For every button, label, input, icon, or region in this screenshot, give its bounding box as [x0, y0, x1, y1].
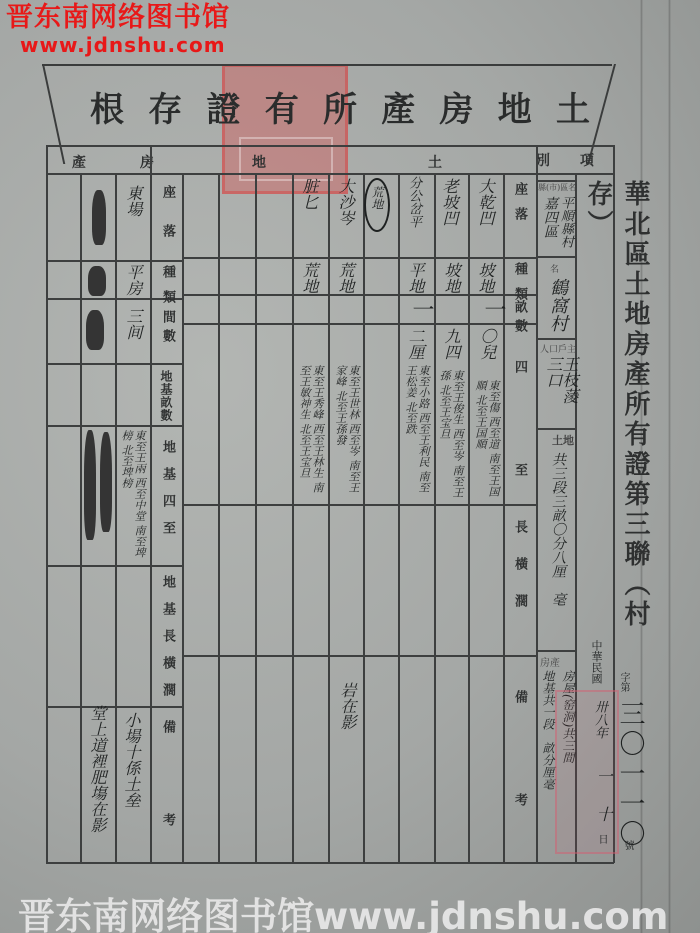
plot-5-boundaries: 東至王世林 西至岑 南至王家峰 北至王孫發: [334, 365, 360, 500]
plot-1-type: 坡地: [474, 262, 497, 294]
label-land-location: 座落: [510, 182, 529, 232]
ink-redaction: [100, 432, 112, 532]
col-line: [255, 173, 257, 863]
plot-2-location: 老坡凹: [438, 178, 461, 226]
header-land-2: 土: [428, 152, 442, 172]
plot-5-location: 大沙岑: [334, 178, 357, 226]
label-county: 縣(市)區名: [538, 182, 576, 193]
watermark-url: www.jdnshu.com: [6, 34, 230, 56]
house-1-location: 東場: [122, 185, 145, 217]
land-remark: 岩在影: [336, 682, 359, 730]
ink-redaction: [84, 430, 96, 540]
label-house-location: 座落: [158, 185, 177, 263]
label-persons: 人口: [540, 342, 558, 355]
header-item-2: 項: [580, 150, 594, 170]
label-land-remarks: 備考: [510, 690, 529, 896]
label-house-remarks: 備考: [158, 720, 177, 906]
title-char: 有: [265, 82, 299, 131]
header-divider: [46, 173, 614, 175]
header-house-2: 房: [140, 152, 154, 172]
date-suffix: 日: [594, 834, 609, 844]
table-top-border: [46, 145, 614, 147]
label-land: 土地: [552, 432, 574, 448]
row-line: [46, 425, 182, 427]
title-char: 證: [207, 82, 241, 131]
house-1-type: 平房: [122, 264, 145, 296]
serial-prefix: 字第: [616, 672, 631, 692]
plot-3-area: 一: [406, 298, 437, 320]
title-char: 地: [498, 82, 532, 131]
title-char: 所: [323, 82, 357, 131]
col-line: [398, 173, 400, 863]
label-base-boundaries: 地基四至: [158, 440, 177, 548]
label-house-rooms: 間數: [158, 310, 177, 348]
plot-5-type: 荒地: [334, 262, 357, 294]
title-char: 根: [90, 82, 124, 131]
plot-6-location: 脏匕: [298, 178, 321, 210]
label-house-base: 房產: [540, 654, 560, 669]
title-char: 產: [381, 82, 415, 131]
col-line: [503, 173, 505, 863]
plot-1-area: 一: [478, 298, 509, 320]
label-village: 名: [550, 262, 559, 275]
row-line: [182, 655, 536, 657]
plot-3-fen: 二厘: [404, 328, 427, 360]
col-line: [80, 173, 82, 863]
plot-1-location: 大乾凹: [474, 178, 497, 226]
ink-redaction: [92, 190, 106, 245]
house-1-remark: 小場十係土垒: [120, 712, 143, 808]
ink-redaction: [88, 266, 106, 296]
plot-6-type: 荒地: [298, 262, 321, 294]
col-line: [182, 173, 184, 863]
label-land-dimensions: 長橫濶: [510, 520, 529, 631]
col-line: [115, 173, 117, 863]
plot-2-type: 坡地: [440, 262, 463, 294]
title-char: 存: [148, 82, 182, 131]
plot-1-boundaries: 東至傷 西至道 南至王国順 北至王国順: [474, 380, 500, 500]
label-base-dimensions: 地基長橫濶: [158, 575, 177, 710]
serial-number: 三〇一一〇: [612, 700, 649, 850]
row-line: [46, 565, 182, 567]
watermark-title: 晋东南网络图书馆: [6, 2, 230, 34]
label-land-count: 畝數: [510, 300, 529, 338]
row-line: [536, 256, 576, 258]
col-line: [328, 173, 330, 863]
row-line: [182, 257, 536, 259]
plot-3-type: 平地: [404, 262, 427, 294]
plot-3-boundaries: 東至小路 西至王利民 南至王松姜 北至跌: [404, 365, 430, 500]
plot-2-boundaries: 東至王俊生 西至岑 南至王孫 北至王宝旦: [438, 370, 464, 500]
village-value: 鶴窩村: [544, 278, 570, 332]
header-item-1: 別: [536, 150, 550, 170]
col-line: [363, 173, 365, 863]
col-line: [434, 173, 436, 863]
watermark-top: 晋东南网络图书馆 www.jdnshu.com: [6, 2, 230, 56]
label-base-area: 地基畝數: [158, 370, 175, 422]
row-line: [46, 363, 182, 365]
document-title: 土 地 房 產 所 有 證 存 根: [90, 82, 590, 131]
circled-mark-text: 荒地: [369, 186, 386, 210]
row-line: [536, 650, 576, 652]
watermark-bottom: 晋东南网络图书馆www.jdnshu.com: [18, 886, 668, 933]
table-left-border: [46, 145, 48, 863]
plot-6-boundaries: 東至王秀峰 西至王林生 南至王敏神生 北至王宝旦: [298, 365, 324, 500]
document-scan: 晋东南网络图书馆 www.jdnshu.com 土 地 房 產 所 有 證 存 …: [0, 0, 700, 933]
circled-mark: 荒地: [364, 178, 390, 232]
plot-2-fen: 九四: [440, 328, 463, 360]
house-2-remark: 堂上道裡肥塲在影: [86, 705, 109, 833]
label-household: 戶主: [558, 342, 576, 355]
title-char: 土: [556, 82, 590, 131]
date-era: 中華民國: [588, 640, 604, 684]
plot-1-fen: 〇兒: [476, 328, 499, 360]
col-line: [292, 173, 294, 863]
header-house-1: 產: [72, 152, 86, 172]
row-line: [182, 323, 536, 325]
serial-suffix: 號: [620, 840, 635, 850]
col-line: [468, 173, 470, 863]
row-line: [182, 504, 536, 506]
header-land-1: 地: [252, 152, 266, 172]
house-1-base-boundaries: 東至王兩 西至中堂 南至埤榜 北至埤榜: [120, 430, 146, 565]
col-line: [536, 145, 538, 863]
ink-redaction: [86, 310, 104, 350]
row-line: [536, 428, 576, 430]
house-1-rooms: 三间: [122, 308, 145, 340]
label-house-type: 種類: [158, 265, 177, 315]
plot-3-location: 分公岔平: [404, 176, 423, 228]
land-total: 共三段三畝〇分八厘 毫: [548, 452, 568, 647]
side-title: 華北區土地房產所有證第三聯（村存）: [580, 180, 654, 640]
district-value: 嘉四區: [540, 196, 560, 238]
row-line: [182, 294, 536, 296]
paper-crease: [668, 0, 671, 933]
col-line: [150, 145, 152, 863]
household-head: 王枝蔆: [558, 356, 581, 404]
date-year: 卅八年: [590, 700, 609, 739]
row-line: [536, 338, 576, 340]
title-char: 房: [440, 82, 474, 131]
col-line: [218, 173, 220, 863]
